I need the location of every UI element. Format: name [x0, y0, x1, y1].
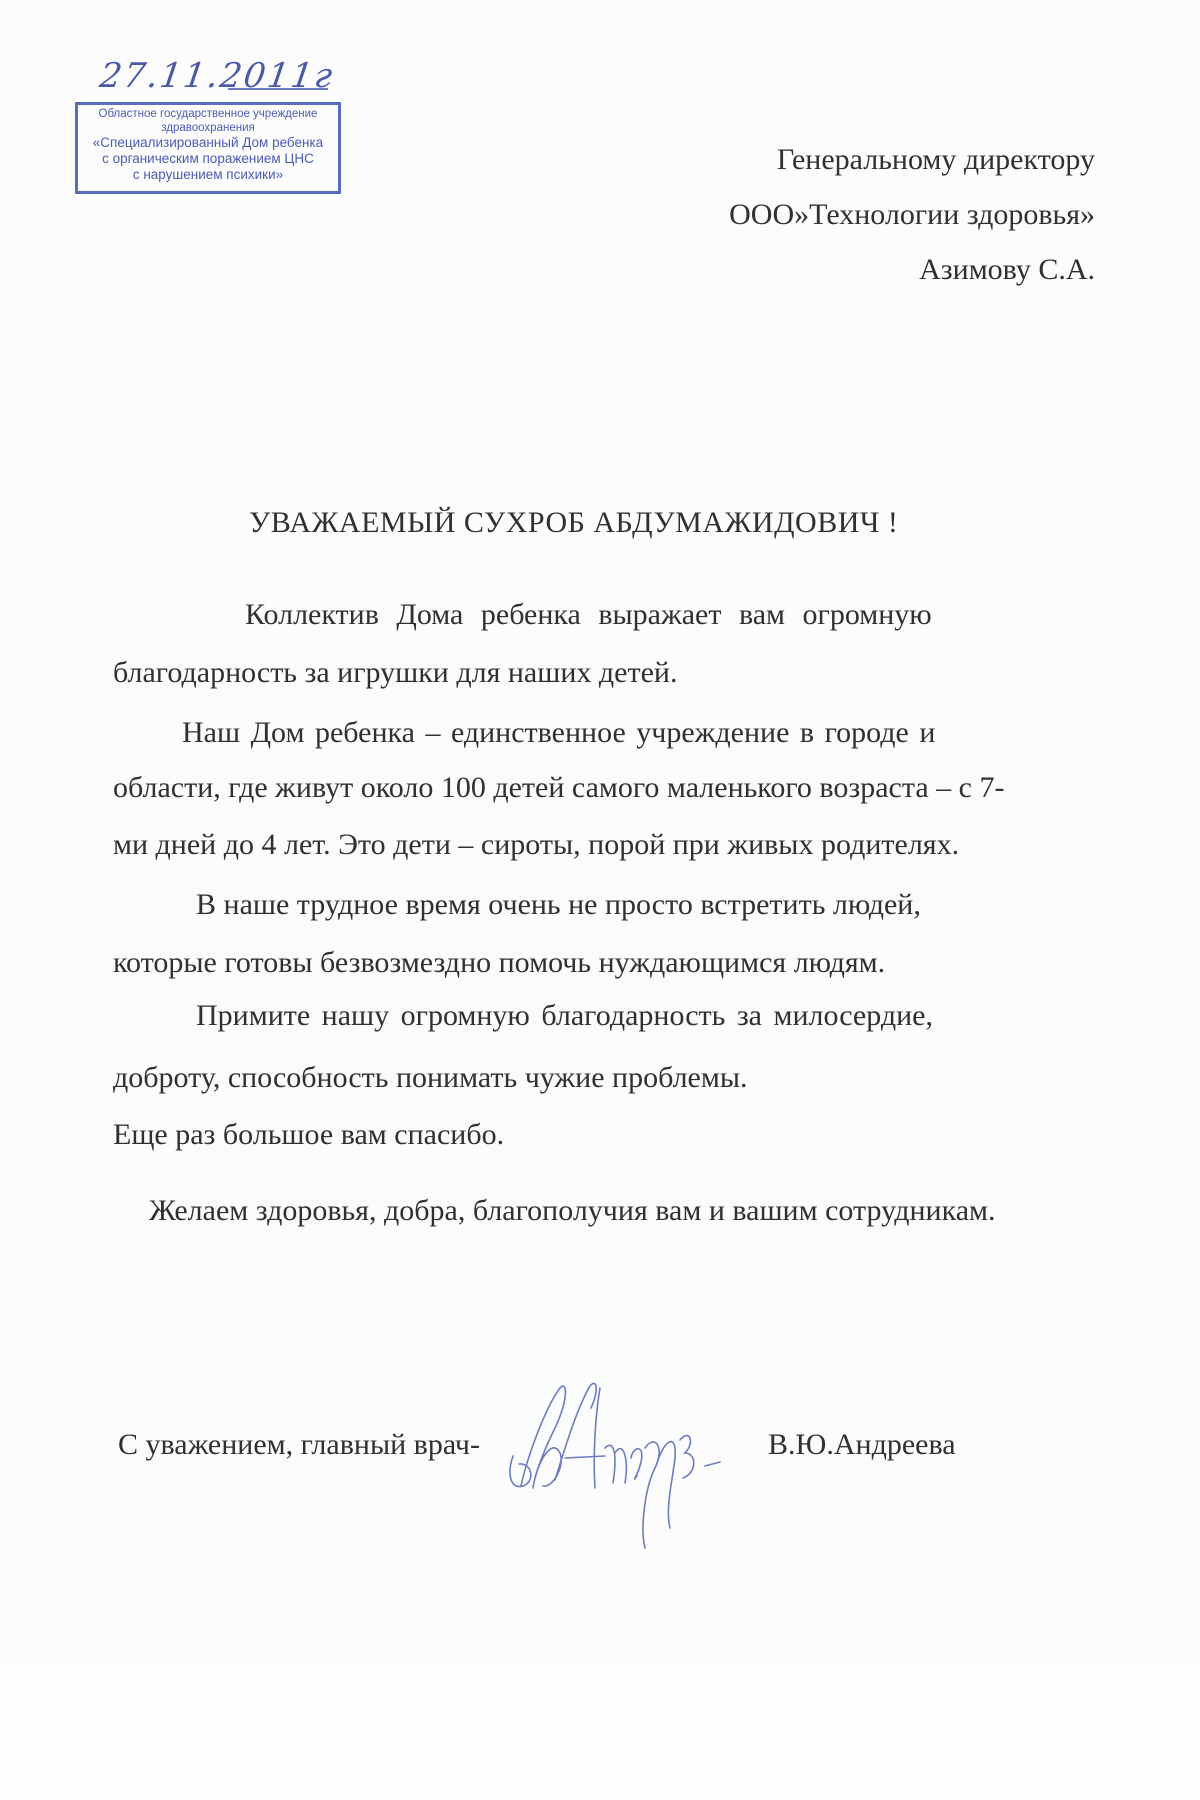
body-line: Коллектив Дома ребенка выражает вам огро… [245, 598, 932, 632]
stamp-line: «Специализированный Дом ребенка [78, 135, 338, 151]
salutation: УВАЖАЕМЫЙ СУХРОБ АБДУМАЖИДОВИЧ ! [249, 506, 898, 540]
closing-text: С уважением, главный врач- [118, 1428, 480, 1462]
body-line: Примите нашу огромную благодарность за м… [196, 999, 933, 1033]
signature-icon [505, 1378, 745, 1553]
institution-stamp: Областное государственное учреждение здр… [75, 102, 341, 194]
body-line: области, где живут около 100 детей самог… [113, 771, 1004, 805]
body-line: ми дней до 4 лет. Это дети – сироты, пор… [113, 828, 959, 862]
body-line: Еще раз большое вам спасибо. [113, 1118, 504, 1152]
date-underline [228, 88, 328, 90]
signatory-name: В.Ю.Андреева [768, 1428, 956, 1462]
addressee-company: ООО»Технологии здоровья» [729, 198, 1095, 232]
body-line: Желаем здоровья, добра, благополучия вам… [149, 1194, 996, 1228]
body-line: доброту, способность понимать чужие проб… [113, 1061, 748, 1095]
stamp-line: здравоохранения [78, 121, 338, 135]
stamp-line: Областное государственное учреждение [78, 107, 338, 121]
addressee-title: Генеральному директору [777, 143, 1095, 177]
stamp-line: с органическим поражением ЦНС [78, 151, 338, 167]
body-line: которые готовы безвозмездно помочь нужда… [113, 946, 885, 980]
handwritten-date: 27.11.2011г [97, 56, 336, 96]
body-line: Наш Дом ребенка – единственное учреждени… [182, 716, 935, 750]
body-line: В наше трудное время очень не просто вст… [196, 888, 921, 922]
addressee-name: Азимову С.А. [919, 253, 1095, 287]
body-line: благодарность за игрушки для наших детей… [113, 656, 677, 690]
stamp-line: с нарушением психики» [78, 167, 338, 183]
letter-page: 27.11.2011г Областное государственное уч… [0, 0, 1200, 1800]
